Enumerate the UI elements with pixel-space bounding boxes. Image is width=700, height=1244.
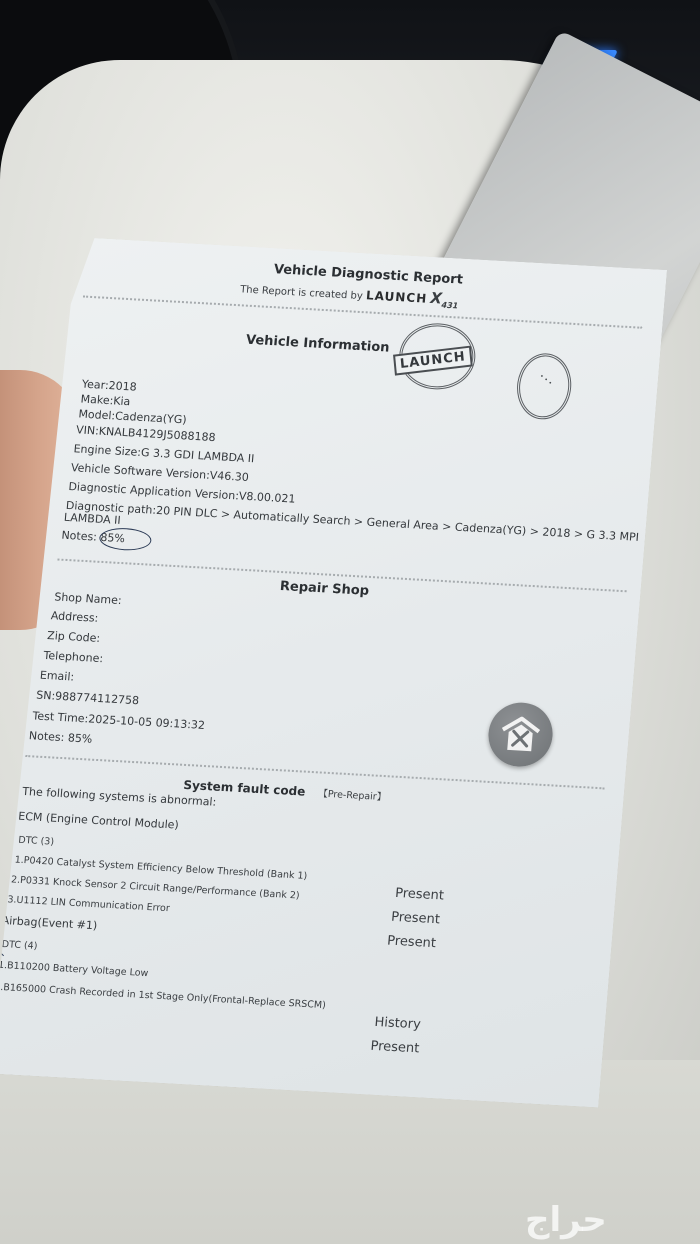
dtc-status: History — [374, 1015, 421, 1033]
x431-logo: X431 — [430, 289, 460, 309]
field-year: Year:2018 — [81, 378, 137, 394]
handwritten-circle — [98, 527, 152, 552]
field-vin: VIN:KNALB4129J5088188 — [76, 423, 216, 444]
repair-shop-icon — [486, 701, 555, 768]
dtc-status: Present — [391, 910, 441, 928]
field-email: Email: — [39, 669, 74, 684]
dtc-status: Present — [370, 1039, 420, 1057]
field-address: Address: — [50, 609, 99, 625]
diagnostic-report-paper: Vehicle Diagnostic Report The Report is … — [0, 236, 667, 1108]
launch-brand-logo: LAUNCH — [365, 288, 427, 305]
system-airbag-name: Airbag(Event #1) — [1, 914, 98, 932]
field-zip-code: Zip Code: — [47, 629, 101, 645]
created-by-text: The Report is created by — [240, 284, 364, 302]
dtc-code-row: 1.B110200 Battery Voltage Low — [0, 960, 149, 979]
pre-repair-tag: 【Pre-Repair】 — [318, 788, 387, 803]
repair-shop-heading: Repair Shop — [279, 579, 369, 599]
field-telephone: Telephone: — [43, 649, 104, 665]
seal-stamp-text: • • • — [532, 368, 560, 392]
dtc-code-row: 2.B165000 Crash Recorded in 1st Stage On… — [0, 982, 326, 1012]
field-shop-name: Shop Name: — [54, 590, 122, 607]
launch-stamp-label: LAUNCH — [393, 346, 473, 376]
field-diagnostic-path-cont: LAMBDA II — [63, 511, 121, 527]
field-test-time: Test Time:2025-10-05 09:13:32 — [32, 709, 205, 732]
dtc-status: Present — [387, 933, 437, 951]
launch-stamp: LAUNCH — [397, 321, 478, 391]
field-make: Make:Kia — [80, 393, 131, 409]
seal-stamp: • • • — [514, 352, 573, 421]
ecm-dtc-count: DTC (3) — [18, 835, 55, 848]
field-diagnostic-path: Diagnostic path:20 PIN DLC > Automatical… — [65, 499, 639, 544]
field-shop-notes: Notes: 85% — [28, 729, 92, 746]
watermark: حراج — [525, 1200, 607, 1240]
dtc-code-row: 3.U1112 LIN Communication Error — [7, 894, 170, 914]
dtc-status: Present — [395, 886, 445, 904]
airbag-dtc-count: DTC (4) — [1, 939, 38, 952]
system-ecm-name: ECM (Engine Control Module) — [18, 810, 179, 832]
vehicle-information-heading: Vehicle Information — [245, 333, 390, 356]
field-sn: SN:988774112758 — [36, 689, 140, 708]
field-vehicle-software-version: Vehicle Software Version:V46.30 — [71, 461, 250, 484]
